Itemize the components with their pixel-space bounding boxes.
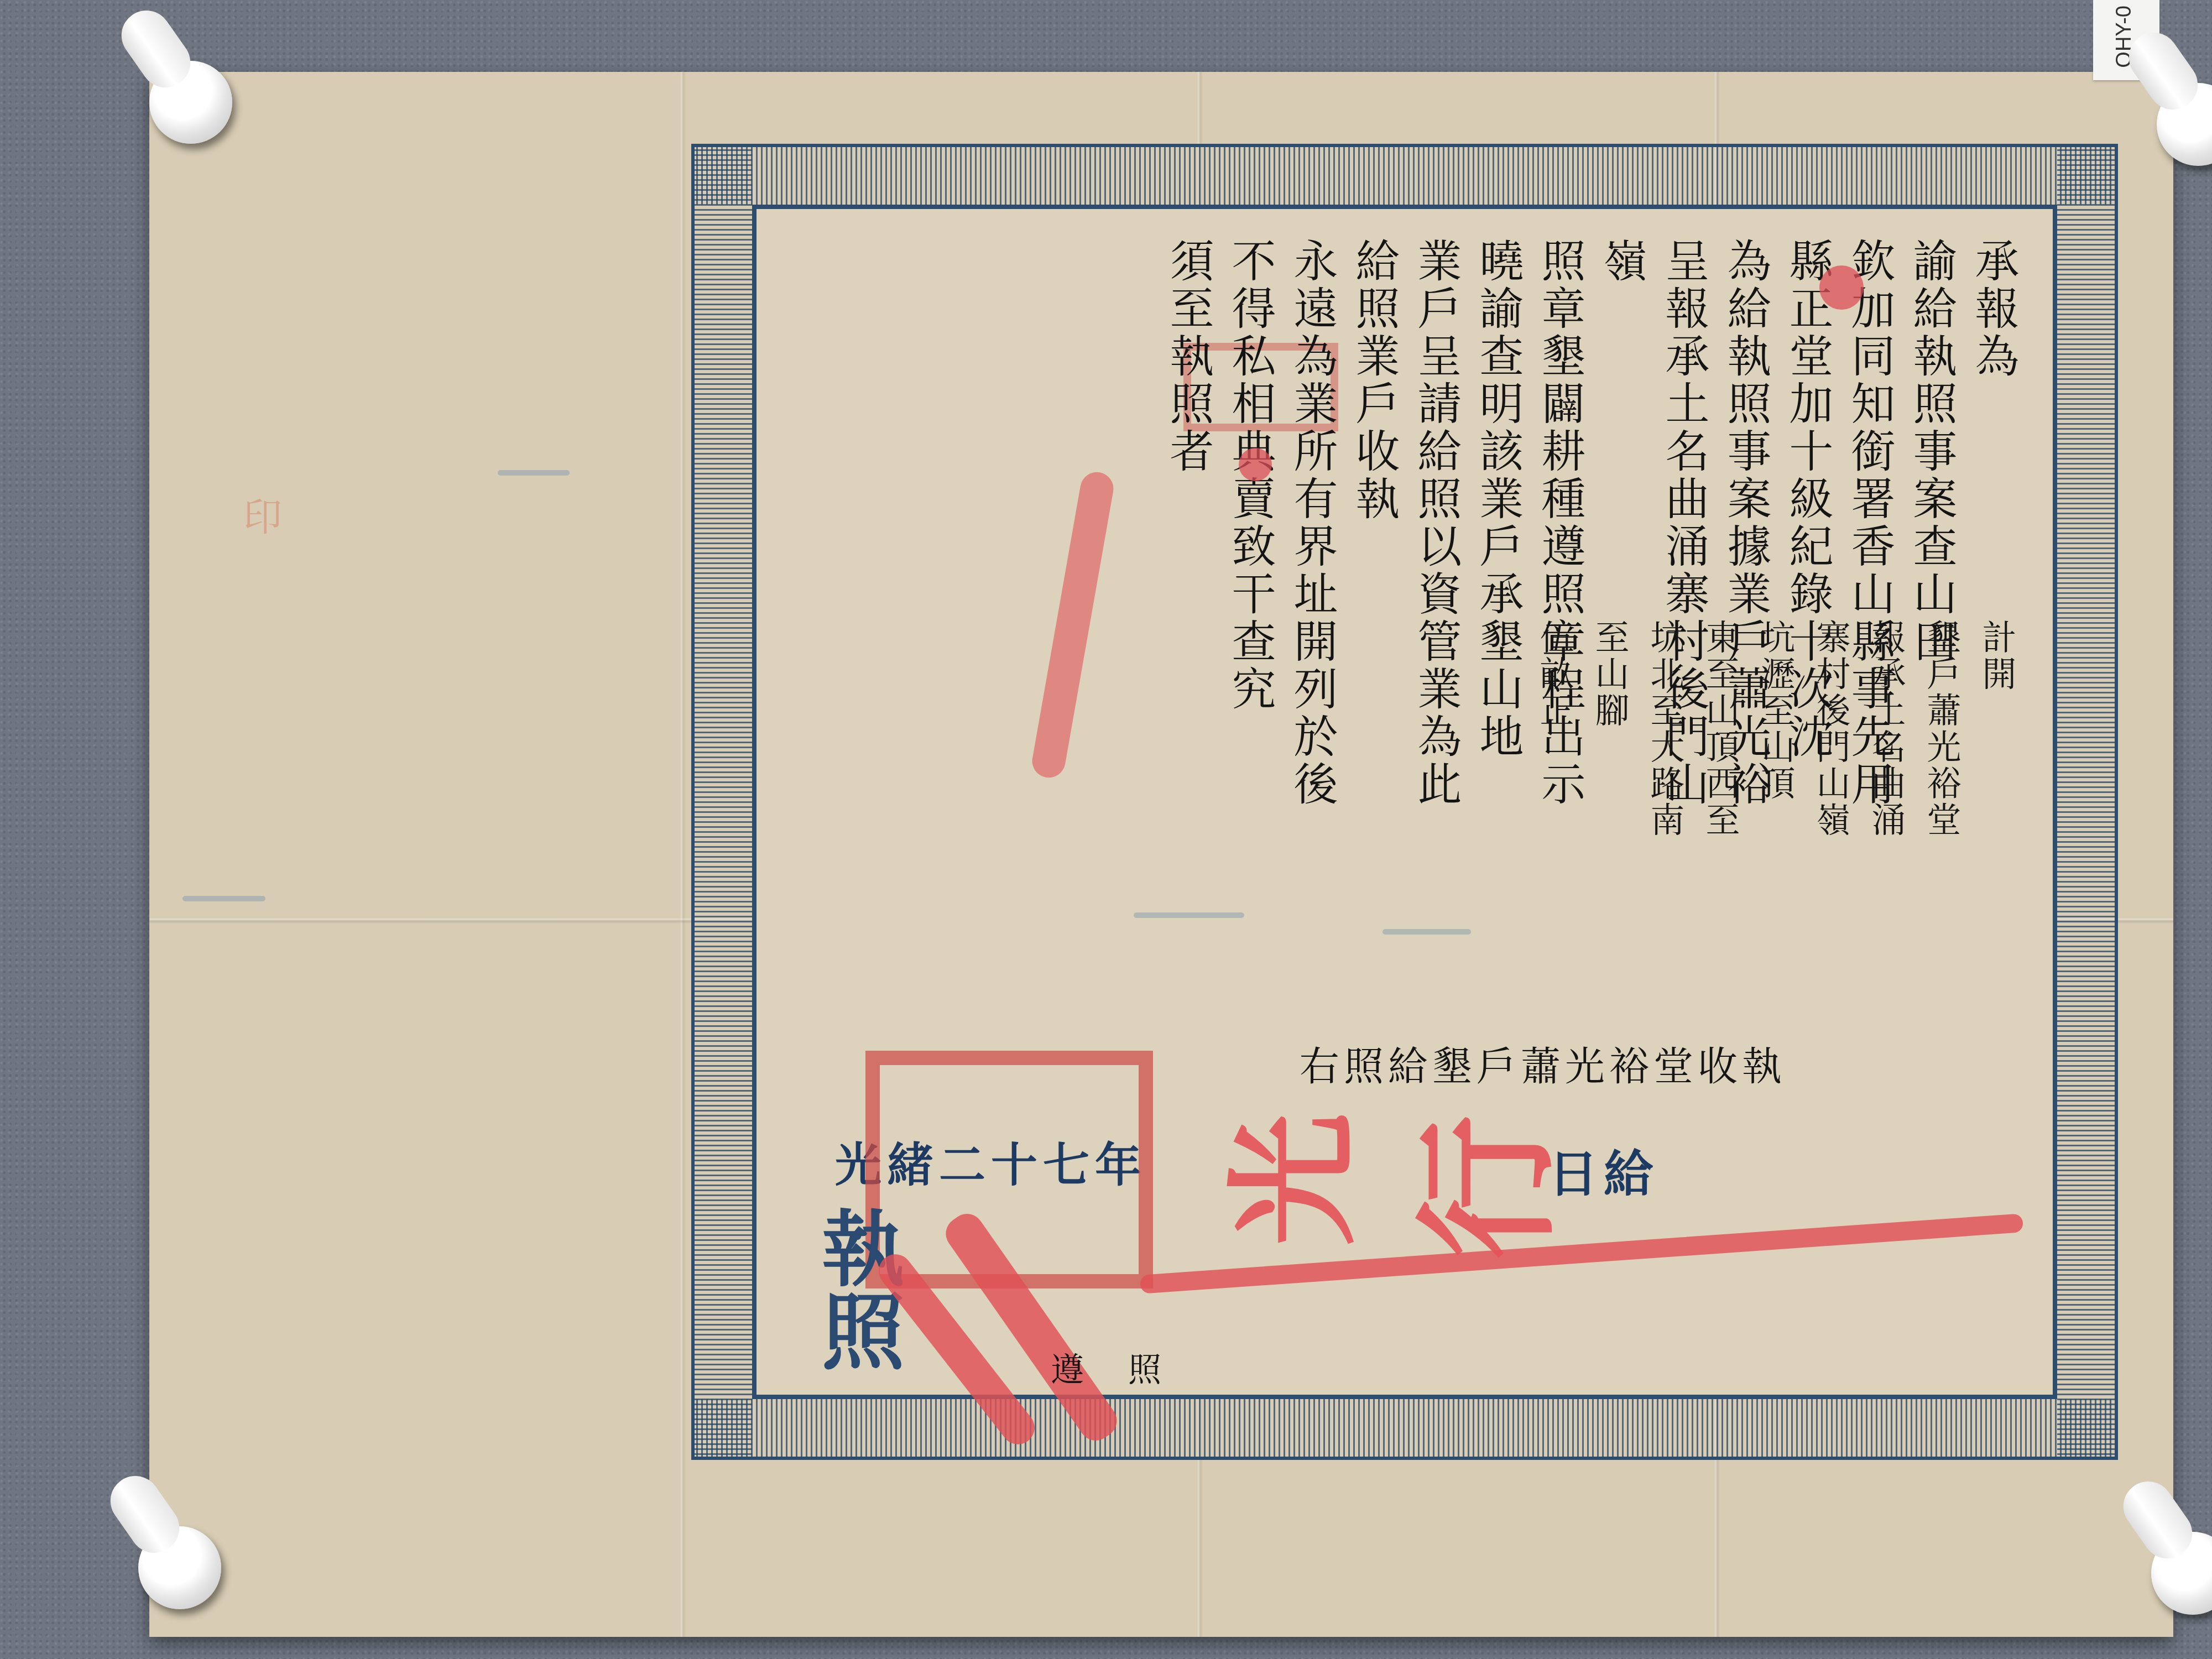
issued-to-line: 右照給墾戶蕭光裕堂收執 xyxy=(1300,1034,2018,1117)
boundary-heading: 計開 xyxy=(1969,619,2024,841)
red-mark xyxy=(1239,448,1272,481)
corner-pin-bottom-left xyxy=(138,1526,221,1609)
faint-stamp: 印 xyxy=(243,487,288,542)
boundary-section: 計開 墾戶蕭光裕堂報承土名曲涌寨村後門山嶺坑瀝至山頂 東至山頂西至坑北至大路南至… xyxy=(1006,619,2024,841)
boundary-column: 伍畝正 xyxy=(1526,619,1582,841)
paper-tear xyxy=(182,896,265,901)
paper-tear xyxy=(1134,912,1244,918)
red-mark xyxy=(1819,265,1864,310)
boundary-column: 墾戶蕭光裕堂報承土名曲涌寨村後門山嶺坑瀝至山頂 xyxy=(1747,619,1969,841)
paper-tear xyxy=(1383,929,1471,935)
signature-mark: 照 xyxy=(1128,1344,1161,1391)
signature-mark: 遵 xyxy=(1051,1344,1084,1391)
red-brush-character: 行 xyxy=(1374,1115,1580,1259)
date-month-day: 日給 xyxy=(1548,1134,1770,1200)
corner-pin-top-left xyxy=(149,61,232,144)
red-brush-character: 光 xyxy=(1188,1113,1379,1245)
boundary-column: 東至山頂西至坑北至大路南至山腳 xyxy=(1582,619,1747,841)
paper-tear xyxy=(498,470,570,476)
